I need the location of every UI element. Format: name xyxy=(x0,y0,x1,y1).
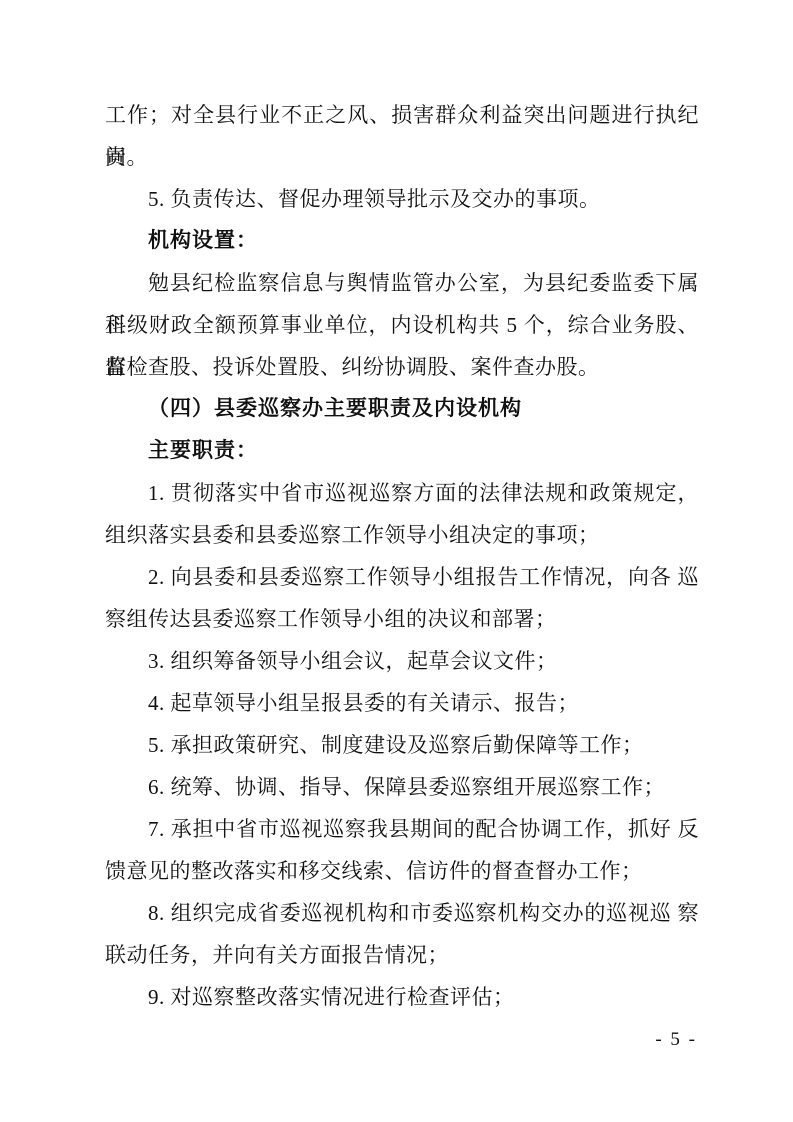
text-line: 1. 贯彻落实中省市巡视巡察方面的法律法规和政策规定， xyxy=(105,472,699,514)
page-number: - 5 - xyxy=(655,1028,697,1052)
text-line: 6. 统筹、协调、指导、保障县委巡察组开展巡察工作； xyxy=(105,766,699,808)
section-heading: 主要职责： xyxy=(105,430,699,472)
section-heading: （四）县委巡察办主要职责及内设机构 xyxy=(105,388,699,430)
text-line: 7. 承担中省市巡视巡察我县期间的配合协调工作，抓好 反 xyxy=(105,808,699,850)
text-line: 察组传达县委巡察工作领导小组的决议和部署； xyxy=(105,598,699,640)
text-line: 3. 组织筹备领导小组会议，起草会议文件； xyxy=(105,640,699,682)
text-line: 工作；对全县行业不正之风、损害群众利益突出问题进行执纪问 xyxy=(105,94,699,136)
text-line: 2. 向县委和县委巡察工作领导小组报告工作情况，向各 巡 xyxy=(105,556,699,598)
text-line: 馈意见的整改落实和移交线索、信访件的督查督办工作； xyxy=(105,850,699,892)
text-line: 联动任务，并向有关方面报告情况； xyxy=(105,934,699,976)
text-line: 9. 对巡察整改落实情况进行检查评估； xyxy=(105,976,699,1018)
text-line: 勉县纪检监察信息与舆情监管办公室，为县纪委监委下属正 xyxy=(105,262,699,304)
text-line: 5. 承担政策研究、制度建设及巡察后勤保障等工作； xyxy=(105,724,699,766)
document-page: 工作；对全县行业不正之风、损害群众利益突出问题进行执纪问责。5. 负责传达、督促… xyxy=(0,0,793,1122)
text-line: 组织落实县委和县委巡察工作领导小组决定的事项； xyxy=(105,514,699,556)
document-body: 工作；对全县行业不正之风、损害群众利益突出问题进行执纪问责。5. 负责传达、督促… xyxy=(105,94,699,1018)
section-heading: 机构设置： xyxy=(105,220,699,262)
text-line: 科级财政全额预算事业单位，内设机构共 5 个，综合业务股、监 xyxy=(105,304,699,346)
text-line: 责。 xyxy=(105,136,699,178)
text-line: 督检查股、投诉处置股、纠纷协调股、案件查办股。 xyxy=(105,346,699,388)
text-line: 4. 起草领导小组呈报县委的有关请示、报告； xyxy=(105,682,699,724)
text-line: 8. 组织完成省委巡视机构和市委巡察机构交办的巡视巡 察 xyxy=(105,892,699,934)
text-line: 5. 负责传达、督促办理领导批示及交办的事项。 xyxy=(105,178,699,220)
